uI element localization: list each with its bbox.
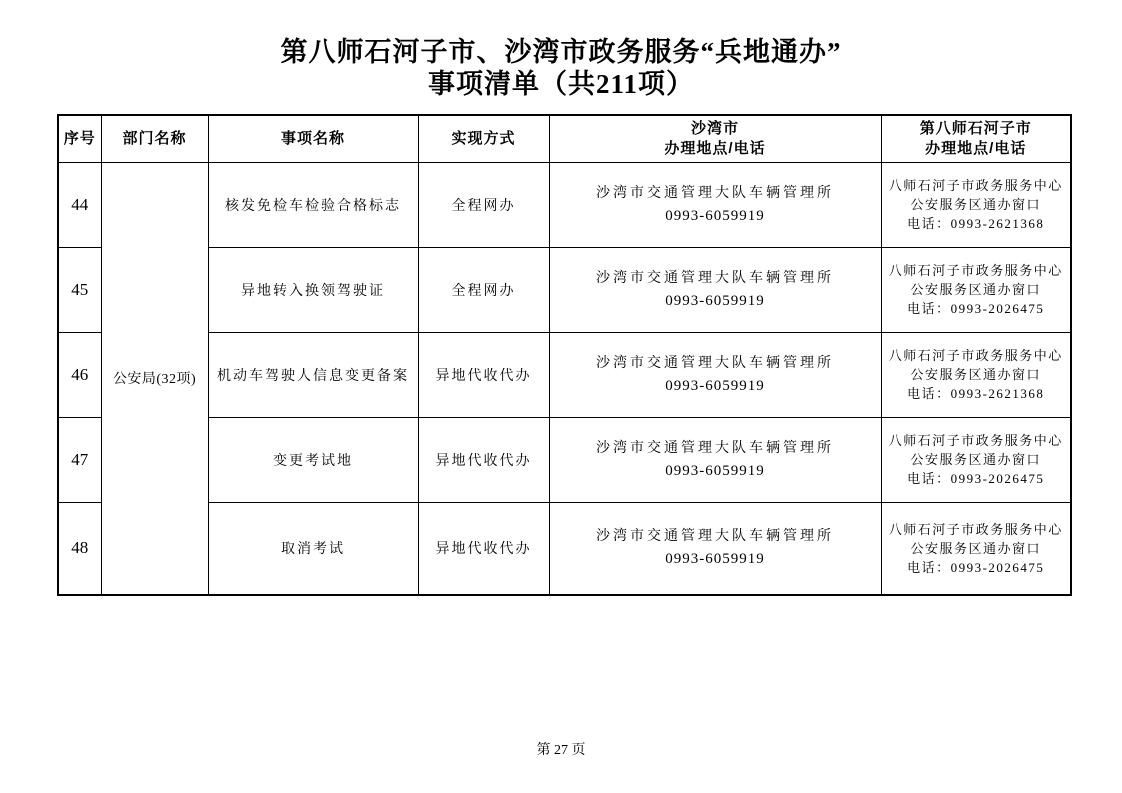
page-title: 第八师石河子市、沙湾市政务服务“兵地通办” 事项清单（共211项）: [0, 36, 1122, 100]
table-row: 47 变更考试地 异地代收代办 沙湾市交通管理大队车辆管理所 0993-6059…: [58, 417, 1071, 502]
shawan-phone: 0993-6059919: [554, 291, 877, 311]
shawan-location: 沙湾市交通管理大队车辆管理所: [554, 439, 877, 459]
page-number: 第 27 页: [0, 739, 1122, 759]
shawan-contact: 沙湾市交通管理大队车辆管理所 0993-6059919: [549, 502, 881, 595]
shihezi-phone: 电话：0993-2026475: [886, 558, 1067, 577]
method: 异地代收代办: [418, 502, 549, 595]
shawan-contact: 沙湾市交通管理大队车辆管理所 0993-6059919: [549, 417, 881, 502]
shawan-location: 沙湾市交通管理大队车辆管理所: [554, 354, 877, 374]
shawan-location: 沙湾市交通管理大队车辆管理所: [554, 184, 877, 204]
shihezi-line1: 八师石河子市政务服务中心: [886, 346, 1067, 365]
shihezi-line1: 八师石河子市政务服务中心: [886, 431, 1067, 450]
header-method: 实现方式: [418, 115, 549, 162]
header-shawan-line2: 办理地点/电话: [554, 139, 877, 159]
header-shihezi-line2: 办理地点/电话: [886, 139, 1067, 159]
row-index: 47: [58, 417, 101, 502]
shawan-location: 沙湾市交通管理大队车辆管理所: [554, 527, 877, 547]
shawan-contact: 沙湾市交通管理大队车辆管理所 0993-6059919: [549, 247, 881, 332]
shawan-phone: 0993-6059919: [554, 549, 877, 569]
shihezi-line2: 公安服务区通办窗口: [886, 539, 1067, 558]
shawan-phone: 0993-6059919: [554, 206, 877, 226]
shawan-phone: 0993-6059919: [554, 376, 877, 396]
table-row: 45 异地转入换领驾驶证 全程网办 沙湾市交通管理大队车辆管理所 0993-60…: [58, 247, 1071, 332]
shihezi-line1: 八师石河子市政务服务中心: [886, 520, 1067, 539]
method: 全程网办: [418, 247, 549, 332]
header-department: 部门名称: [101, 115, 208, 162]
shihezi-line2: 公安服务区通办窗口: [886, 365, 1067, 384]
header-index: 序号: [58, 115, 101, 162]
items-table: 序号 部门名称 事项名称 实现方式 沙湾市 办理地点/电话 第八师石河子市 办理…: [57, 114, 1072, 596]
document-page: 第八师石河子市、沙湾市政务服务“兵地通办” 事项清单（共211项） 序号 部门名…: [0, 0, 1122, 793]
shihezi-line2: 公安服务区通办窗口: [886, 450, 1067, 469]
shihezi-contact: 八师石河子市政务服务中心 公安服务区通办窗口 电话：0993-2026475: [881, 417, 1071, 502]
item-name: 机动车驾驶人信息变更备案: [208, 332, 418, 417]
method: 全程网办: [418, 162, 549, 247]
table-row: 44 公安局(32项) 核发免检车检验合格标志 全程网办 沙湾市交通管理大队车辆…: [58, 162, 1071, 247]
shawan-contact: 沙湾市交通管理大队车辆管理所 0993-6059919: [549, 332, 881, 417]
header-shihezi: 第八师石河子市 办理地点/电话: [881, 115, 1071, 162]
shihezi-line2: 公安服务区通办窗口: [886, 280, 1067, 299]
header-shawan-line1: 沙湾市: [554, 119, 877, 139]
shihezi-line1: 八师石河子市政务服务中心: [886, 261, 1067, 280]
shihezi-phone: 电话：0993-2026475: [886, 469, 1067, 488]
shihezi-contact: 八师石河子市政务服务中心 公安服务区通办窗口 电话：0993-2621368: [881, 162, 1071, 247]
shawan-contact: 沙湾市交通管理大队车辆管理所 0993-6059919: [549, 162, 881, 247]
row-index: 45: [58, 247, 101, 332]
shihezi-contact: 八师石河子市政务服务中心 公安服务区通办窗口 电话：0993-2026475: [881, 247, 1071, 332]
shihezi-phone: 电话：0993-2621368: [886, 384, 1067, 403]
shihezi-line1: 八师石河子市政务服务中心: [886, 176, 1067, 195]
item-name: 变更考试地: [208, 417, 418, 502]
item-name: 核发免检车检验合格标志: [208, 162, 418, 247]
department-cell: 公安局(32项): [101, 162, 208, 595]
shihezi-line2: 公安服务区通办窗口: [886, 195, 1067, 214]
header-shawan: 沙湾市 办理地点/电话: [549, 115, 881, 162]
item-name: 取消考试: [208, 502, 418, 595]
row-index: 46: [58, 332, 101, 417]
row-index: 48: [58, 502, 101, 595]
header-shihezi-line1: 第八师石河子市: [886, 119, 1067, 139]
header-item: 事项名称: [208, 115, 418, 162]
page-title-line1: 第八师石河子市、沙湾市政务服务“兵地通办”: [0, 36, 1122, 68]
shawan-location: 沙湾市交通管理大队车辆管理所: [554, 269, 877, 289]
shawan-phone: 0993-6059919: [554, 461, 877, 481]
shihezi-phone: 电话：0993-2026475: [886, 299, 1067, 318]
item-name: 异地转入换领驾驶证: [208, 247, 418, 332]
table-row: 46 机动车驾驶人信息变更备案 异地代收代办 沙湾市交通管理大队车辆管理所 09…: [58, 332, 1071, 417]
table-header-row: 序号 部门名称 事项名称 实现方式 沙湾市 办理地点/电话 第八师石河子市 办理…: [58, 115, 1071, 162]
shihezi-contact: 八师石河子市政务服务中心 公安服务区通办窗口 电话：0993-2621368: [881, 332, 1071, 417]
row-index: 44: [58, 162, 101, 247]
method: 异地代收代办: [418, 332, 549, 417]
page-title-line2: 事项清单（共211项）: [0, 68, 1122, 100]
shihezi-phone: 电话：0993-2621368: [886, 214, 1067, 233]
shihezi-contact: 八师石河子市政务服务中心 公安服务区通办窗口 电话：0993-2026475: [881, 502, 1071, 595]
method: 异地代收代办: [418, 417, 549, 502]
table-row: 48 取消考试 异地代收代办 沙湾市交通管理大队车辆管理所 0993-60599…: [58, 502, 1071, 595]
